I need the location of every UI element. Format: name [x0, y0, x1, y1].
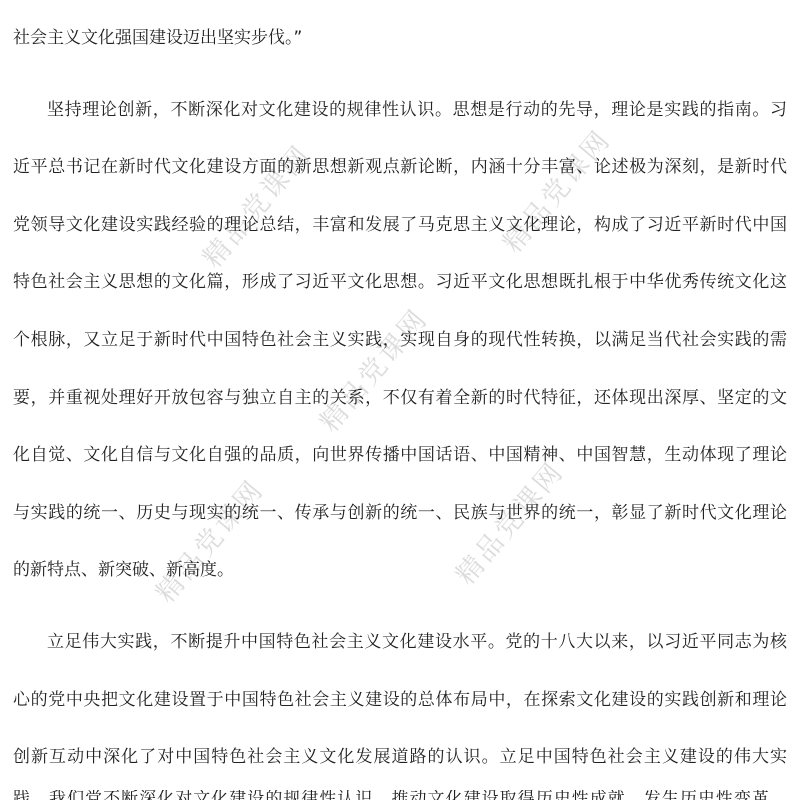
text-line: 社会主义文化强国建设迈出坚实步伐。”	[13, 10, 787, 68]
text-line: 与实践的统一、历史与现实的统一、传承与创新的统一、民族与世界的统一，彰显了新时代…	[13, 485, 787, 543]
text-line: 个根脉，又立足于新时代中国特色社会主义实践，实现自身的现代性转换，以满足当代社会…	[13, 312, 787, 370]
text-line: 近平总书记在新时代文化建设方面的新思想新观点新论断，内涵十分丰富、论述极为深刻，…	[13, 139, 787, 197]
text-line: 特色社会主义思想的文化篇，形成了习近平文化思想。习近平文化思想既扎根于中华优秀传…	[13, 254, 787, 312]
text-line: 创新互动中深化了对中国特色社会主义文化发展道路的认识。立足中国特色社会主义建设的…	[13, 729, 787, 787]
clipped-text-line: 践，我们党不断深化对文化建设的规律性认识，推动文化建设取得历史性成就、发生历史性…	[13, 790, 787, 800]
text-line: 化自觉、文化自信与文化自强的品质，向世界传播中国话语、中国精神、中国智慧，生动体…	[13, 427, 787, 485]
paragraph: 立足伟大实践，不断提升中国特色社会主义文化建设水平。党的十八大以来，以习近平同志…	[13, 614, 787, 787]
text-line: 坚持理论创新，不断深化对文化建设的规律性认识。思想是行动的先导，理论是实践的指南…	[13, 82, 787, 140]
document-page: 精品党课网精品党课网精品党课网精品党课网精品党课网 社会主义文化强国建设迈出坚实…	[0, 0, 800, 800]
document-content: 社会主义文化强国建设迈出坚实步伐。”坚持理论创新，不断深化对文化建设的规律性认识…	[13, 10, 787, 800]
text-line: 心的党中央把文化建设置于中国特色社会主义建设的总体布局中，在探索文化建设的实践创…	[13, 672, 787, 730]
text-line: 要，并重视处理好开放包容与独立自主的关系，不仅有着全新的时代特征，还体现出深厚、…	[13, 370, 787, 428]
text-line: 党领导文化建设实践经验的理论总结，丰富和发展了马克思主义文化理论，构成了习近平新…	[13, 197, 787, 255]
text-line: 的新特点、新突破、新高度。	[13, 542, 787, 600]
text-line: 立足伟大实践，不断提升中国特色社会主义文化建设水平。党的十八大以来，以习近平同志…	[13, 614, 787, 672]
paragraph: 坚持理论创新，不断深化对文化建设的规律性认识。思想是行动的先导，理论是实践的指南…	[13, 82, 787, 600]
paragraph: 社会主义文化强国建设迈出坚实步伐。”	[13, 10, 787, 68]
